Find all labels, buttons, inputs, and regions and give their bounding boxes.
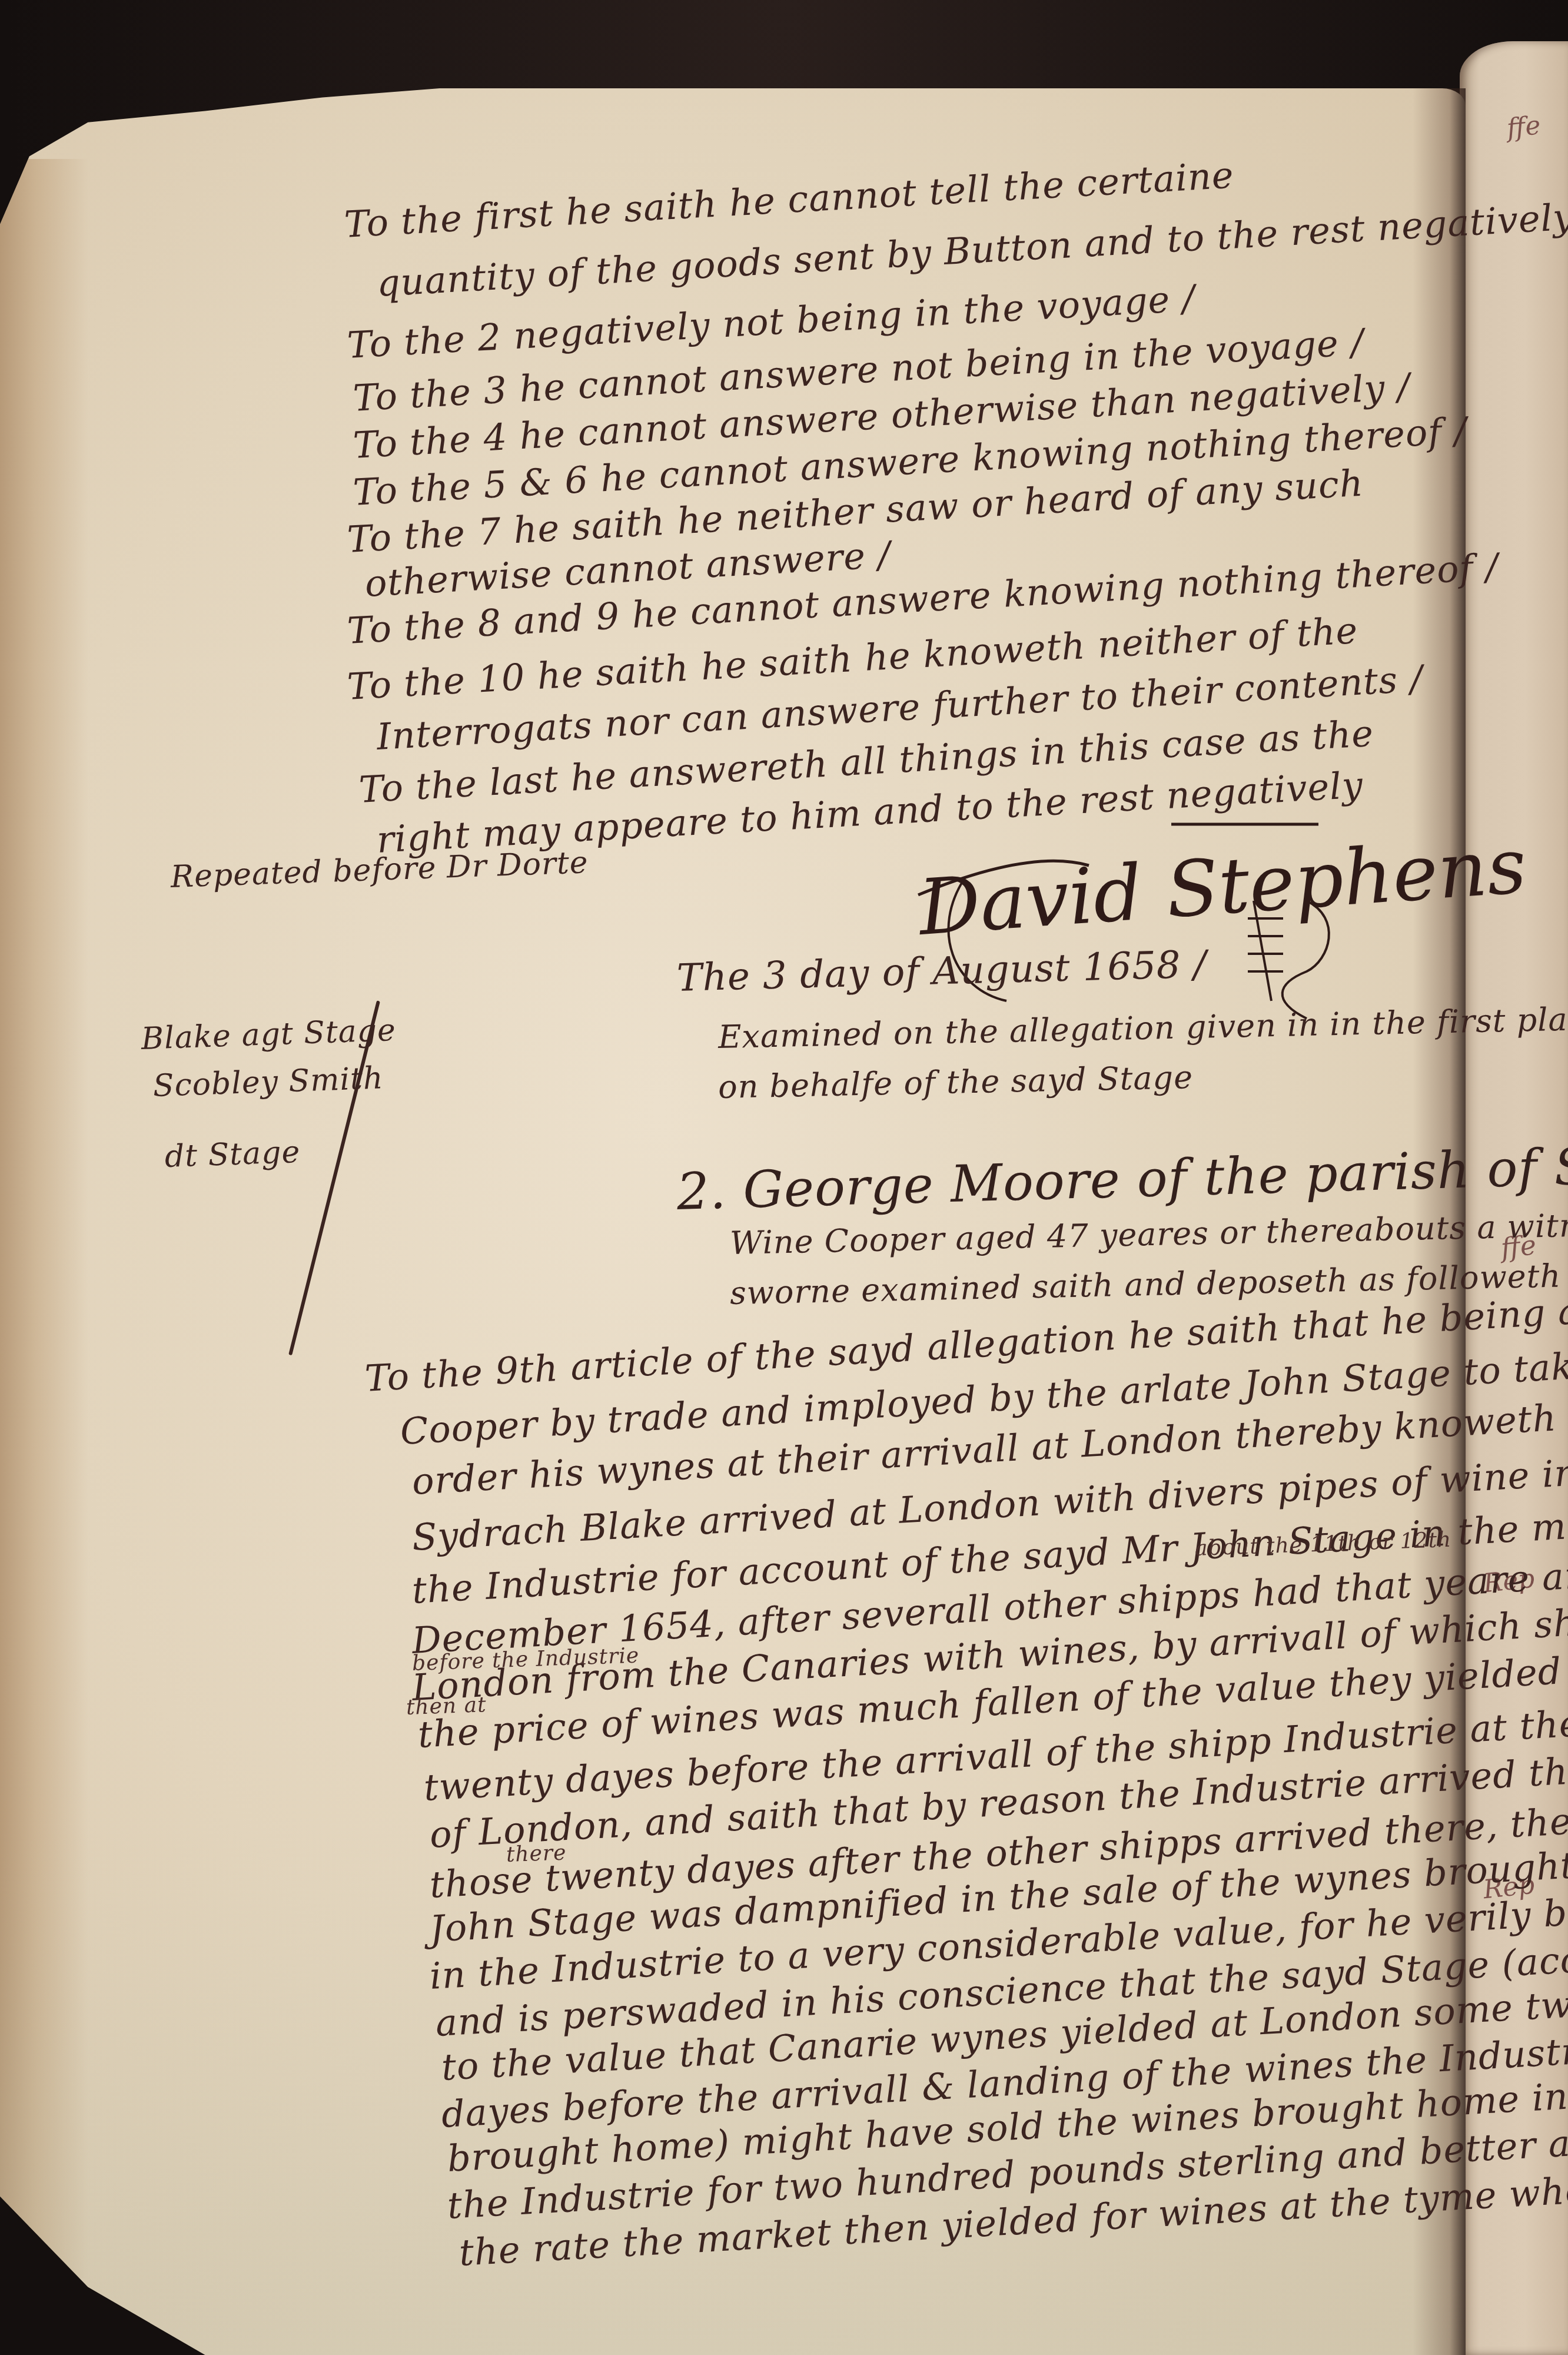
facing-page-mark: ffe [1505, 110, 1542, 144]
interlinear-note: there [506, 1840, 567, 1867]
margin-annotation: dt Stage [164, 1135, 301, 1175]
interlinear-note: then at [406, 1693, 487, 1720]
